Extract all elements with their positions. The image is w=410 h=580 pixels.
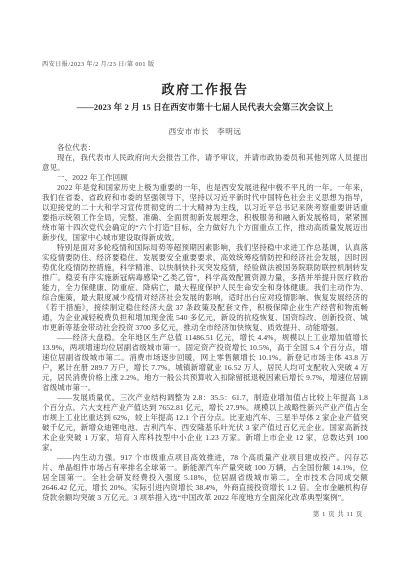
document-page: 西安日报/2023 年/2 月/23 日/第 001 版 政府工作报告 ——20…: [0, 0, 410, 580]
body-paragraph: ——经济大盘稳。全年地区生产总值 11486.51 亿元，增长 4.4%，规模以…: [42, 333, 368, 393]
report-body: 各位代表： 现在，我代表市人民政府向大会报告工作，请予审议，并请市政协委员和其他…: [42, 143, 368, 503]
report-title: 政府工作报告: [0, 79, 410, 98]
report-subtitle: ——2023 年 2 月 15 日在西安市第十七届人民代表大会第三次会议上: [0, 101, 410, 113]
section-heading-paragraph: 一、2022 年工作回顾: [42, 173, 368, 183]
page-number-footer: 第 1 页 共 11 页: [313, 509, 363, 518]
body-paragraph: ——发展质量优。三次产业结构调整为 2.8：35.5：61.7，制造业增加值占比…: [42, 393, 368, 453]
salutation-paragraph: 各位代表：: [42, 143, 368, 153]
body-paragraph: 现在，我代表市人民政府向大会报告工作，请予审议，并请市政协委员和其他列席人员提出…: [42, 153, 368, 173]
newspaper-source-line: 西安日报/2023 年/2 月/23 日/第 001 版: [42, 59, 154, 68]
body-paragraph: 2022 年是党和国家历史上极为重要的一年，也是西安发展进程中极不平凡的一年。一…: [42, 183, 368, 243]
body-paragraph: 特别是面对多轮疫情和国际局势等超预期因素影响，我们坚持稳中求进工作总基调，认真落…: [42, 243, 368, 333]
body-paragraph: ——内生动力强。917 个市级重点项目高效推进，78 个高质量产业项目建成投产。…: [42, 453, 368, 503]
speaker-byline: 西安市市长 李明远: [0, 126, 410, 137]
